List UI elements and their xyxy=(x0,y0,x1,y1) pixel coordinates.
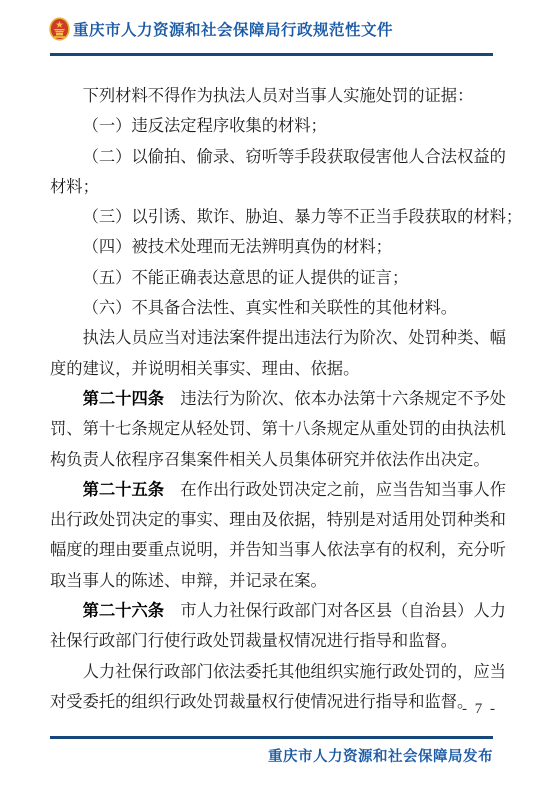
header-rule xyxy=(50,53,493,56)
national-emblem-icon xyxy=(49,17,70,41)
paragraph: 第二十五条在作出行政处罚决定之前，应当告知当事人作出行政处罚决定的事实、理由及依… xyxy=(50,475,528,596)
paragraph: 执法人员应当对违法案件提出违法行为阶次、处罚种类、幅度的建议，并说明相关事实、理… xyxy=(50,323,528,384)
article-number: 第二十四条 xyxy=(83,390,164,408)
footer-publisher: 重庆市人力资源和社会保障局发布 xyxy=(268,745,493,766)
document-header: 重庆市人力资源和社会保障局行政规范性文件 xyxy=(49,17,393,41)
paragraph: （二）以偷拍、偷录、窃听等手段获取侵害他人合法权益的材料； xyxy=(50,142,528,203)
footer-rule xyxy=(50,736,493,739)
paragraph: 第二十六条市人力社保行政部门对各区县（自治县）人力社保行政部门行使行政处罚裁量权… xyxy=(50,596,528,657)
paragraph: （三）以引诱、欺诈、胁迫、暴力等不正当手段获取的材料； xyxy=(50,202,528,232)
paragraph: （五）不能正确表达意思的证人提供的证言； xyxy=(50,263,528,293)
document-body: 下列材料不得作为执法人员对当事人实施处罚的证据：（一）违反法定程序收集的材料；（… xyxy=(50,81,528,717)
page-number: - 7 - xyxy=(462,701,497,718)
document-header-title: 重庆市人力资源和社会保障局行政规范性文件 xyxy=(73,18,393,40)
paragraph: （一）违反法定程序收集的材料； xyxy=(50,111,528,141)
paragraph: （六）不具备合法性、真实性和关联性的其他材料。 xyxy=(50,293,528,323)
paragraph: 下列材料不得作为执法人员对当事人实施处罚的证据： xyxy=(50,81,528,111)
paragraph: 人力社保行政部门依法委托其他组织实施行政处罚的，应当对受委托的组织行政处罚裁量权… xyxy=(50,657,528,718)
article-number: 第二十五条 xyxy=(83,481,164,499)
document-page: 重庆市人力资源和社会保障局行政规范性文件 下列材料不得作为执法人员对当事人实施处… xyxy=(0,0,557,786)
article-number: 第二十六条 xyxy=(83,602,164,620)
paragraph: 第二十四条违法行为阶次、依本办法第十六条规定不予处罚、第十七条规定从轻处罚、第十… xyxy=(50,384,528,475)
paragraph: （四）被技术处理而无法辨明真伪的材料； xyxy=(50,232,528,262)
